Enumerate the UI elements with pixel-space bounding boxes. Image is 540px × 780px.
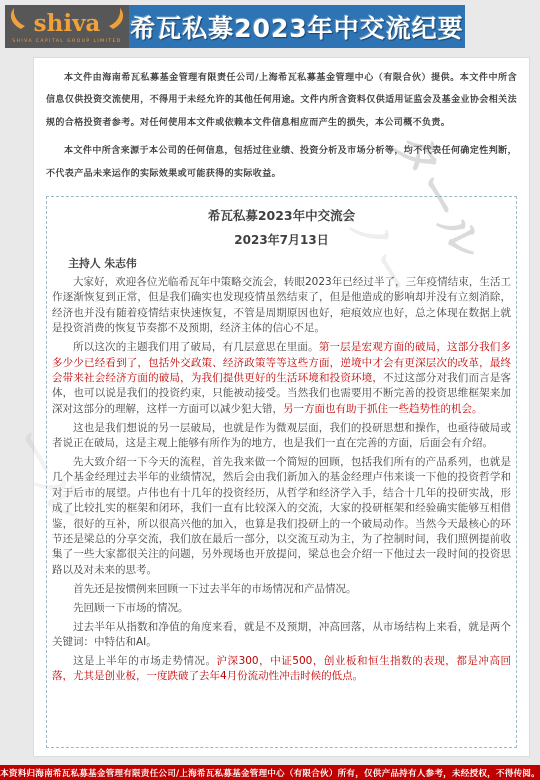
- paragraph: 所以这次的主题我们用了破局，有几层意思在里面。第一层是宏观方面的破局，这部分我们…: [52, 340, 511, 417]
- bull-horn-right-icon: [109, 8, 123, 29]
- document-canvas: shiva SHIVA CAPITAL GROUP LIMITED 希瓦私募20…: [0, 0, 540, 780]
- footer-disclaimer-bar: 本资料归海南希瓦私募基金管理有限责任公司/上海希瓦私募基金管理中心（有限合伙）所…: [0, 765, 540, 780]
- meeting-title: 希瓦私募2023年中交流会: [52, 206, 511, 224]
- body-text: 首先还是按惯例来回顾一下过去半年的市场情况和产品情况。: [73, 583, 357, 595]
- header-title-bar: 希瓦私募2023年中交流纪要: [129, 5, 465, 48]
- paragraph: 大家好，欢迎各位光临希瓦年中策略交流会，转眼2023年已经过半了，三年疫情结束，…: [52, 275, 511, 337]
- logo-subtext: SHIVA CAPITAL GROUP LIMITED: [12, 38, 122, 44]
- highlighted-text: 另一方面也有助于抓住一些趋势性的机会。: [283, 403, 483, 415]
- shiva-logo: shiva SHIVA CAPITAL GROUP LIMITED: [5, 5, 129, 48]
- body-text: 这是上半年的市场走势情况。: [73, 655, 217, 667]
- paragraph: 首先还是按惯例来回顾一下过去半年的市场情况和产品情况。: [52, 582, 511, 597]
- paragraph: 过去半年从指数和净值的角度来看，就是不及预期，冲高回落，从市场结构上来看，就是两…: [52, 620, 511, 651]
- body-text: 所以这次的主题我们用了破局，有几层意思在里面。: [73, 341, 319, 353]
- body-text: 这也是我们想说的另一层破局，也就是作为微观层面，我们的投研思想和操作，也亟待破局…: [52, 422, 511, 449]
- paragraph: 先回顾一下市场的情况。: [52, 601, 511, 616]
- body-text: 先大致介绍一下今天的流程，首先我来做一个简短的回顾，包括我们所有的产品系列，也就…: [52, 456, 511, 576]
- body-text: 过去半年从指数和净值的角度来看，就是不及预期，冲高回落，从市场结构上来看，就是两…: [52, 621, 511, 648]
- shiva-logo-art: shiva SHIVA CAPITAL GROUP LIMITED: [5, 5, 129, 48]
- meeting-date: 2023年7月13日: [52, 231, 511, 248]
- body-text: 先回顾一下市场的情况。: [73, 602, 189, 614]
- meeting-host: 主持人 朱志伟: [52, 256, 511, 271]
- paragraph: 这是上半年的市场走势情况。沪深300，中证500，创业板和恒生指数的表现，都是冲…: [52, 654, 511, 685]
- document-page: 本文件由海南希瓦私募基金管理有限责任公司/上海希瓦私募基金管理中心（有限合伙）提…: [33, 57, 530, 757]
- watermark-text: 儠: [0, 568, 13, 659]
- document-title: 希瓦私募2023年中交流纪要: [130, 9, 464, 45]
- disclaimer-paragraph-1: 本文件由海南希瓦私募基金管理有限责任公司/上海希瓦私募基金管理中心（有限合伙）提…: [46, 67, 517, 134]
- body-text: 大家好，欢迎各位光临希瓦年中策略交流会，转眼2023年已经过半了，三年疫情结束，…: [52, 276, 511, 334]
- disclaimer-paragraph-2: 本文件中所含来源于本公司的任何信息，包括过往业绩、投资分析及市场分析等，均不代表…: [46, 140, 517, 185]
- paragraph: 这也是我们想说的另一层破局，也就是作为微观层面，我们的投研思想和操作，也亟待破局…: [52, 421, 511, 452]
- paragraph: 先大致介绍一下今天的流程，首先我来做一个简短的回顾，包括我们所有的产品系列，也就…: [52, 455, 511, 578]
- logo-wordmark: shiva: [34, 10, 101, 37]
- meeting-notes-box: 希瓦私募2023年中交流会 2023年7月13日 主持人 朱志伟 大家好，欢迎各…: [46, 196, 517, 748]
- footer-disclaimer-text: 本资料归海南希瓦私募基金管理有限责任公司/上海希瓦私募基金管理中心（有限合伙）所…: [0, 767, 540, 779]
- meeting-paragraphs: 大家好，欢迎各位光临希瓦年中策略交流会，转眼2023年已经过半了，三年疫情结束，…: [52, 275, 511, 685]
- bull-horn-left-icon: [11, 8, 25, 29]
